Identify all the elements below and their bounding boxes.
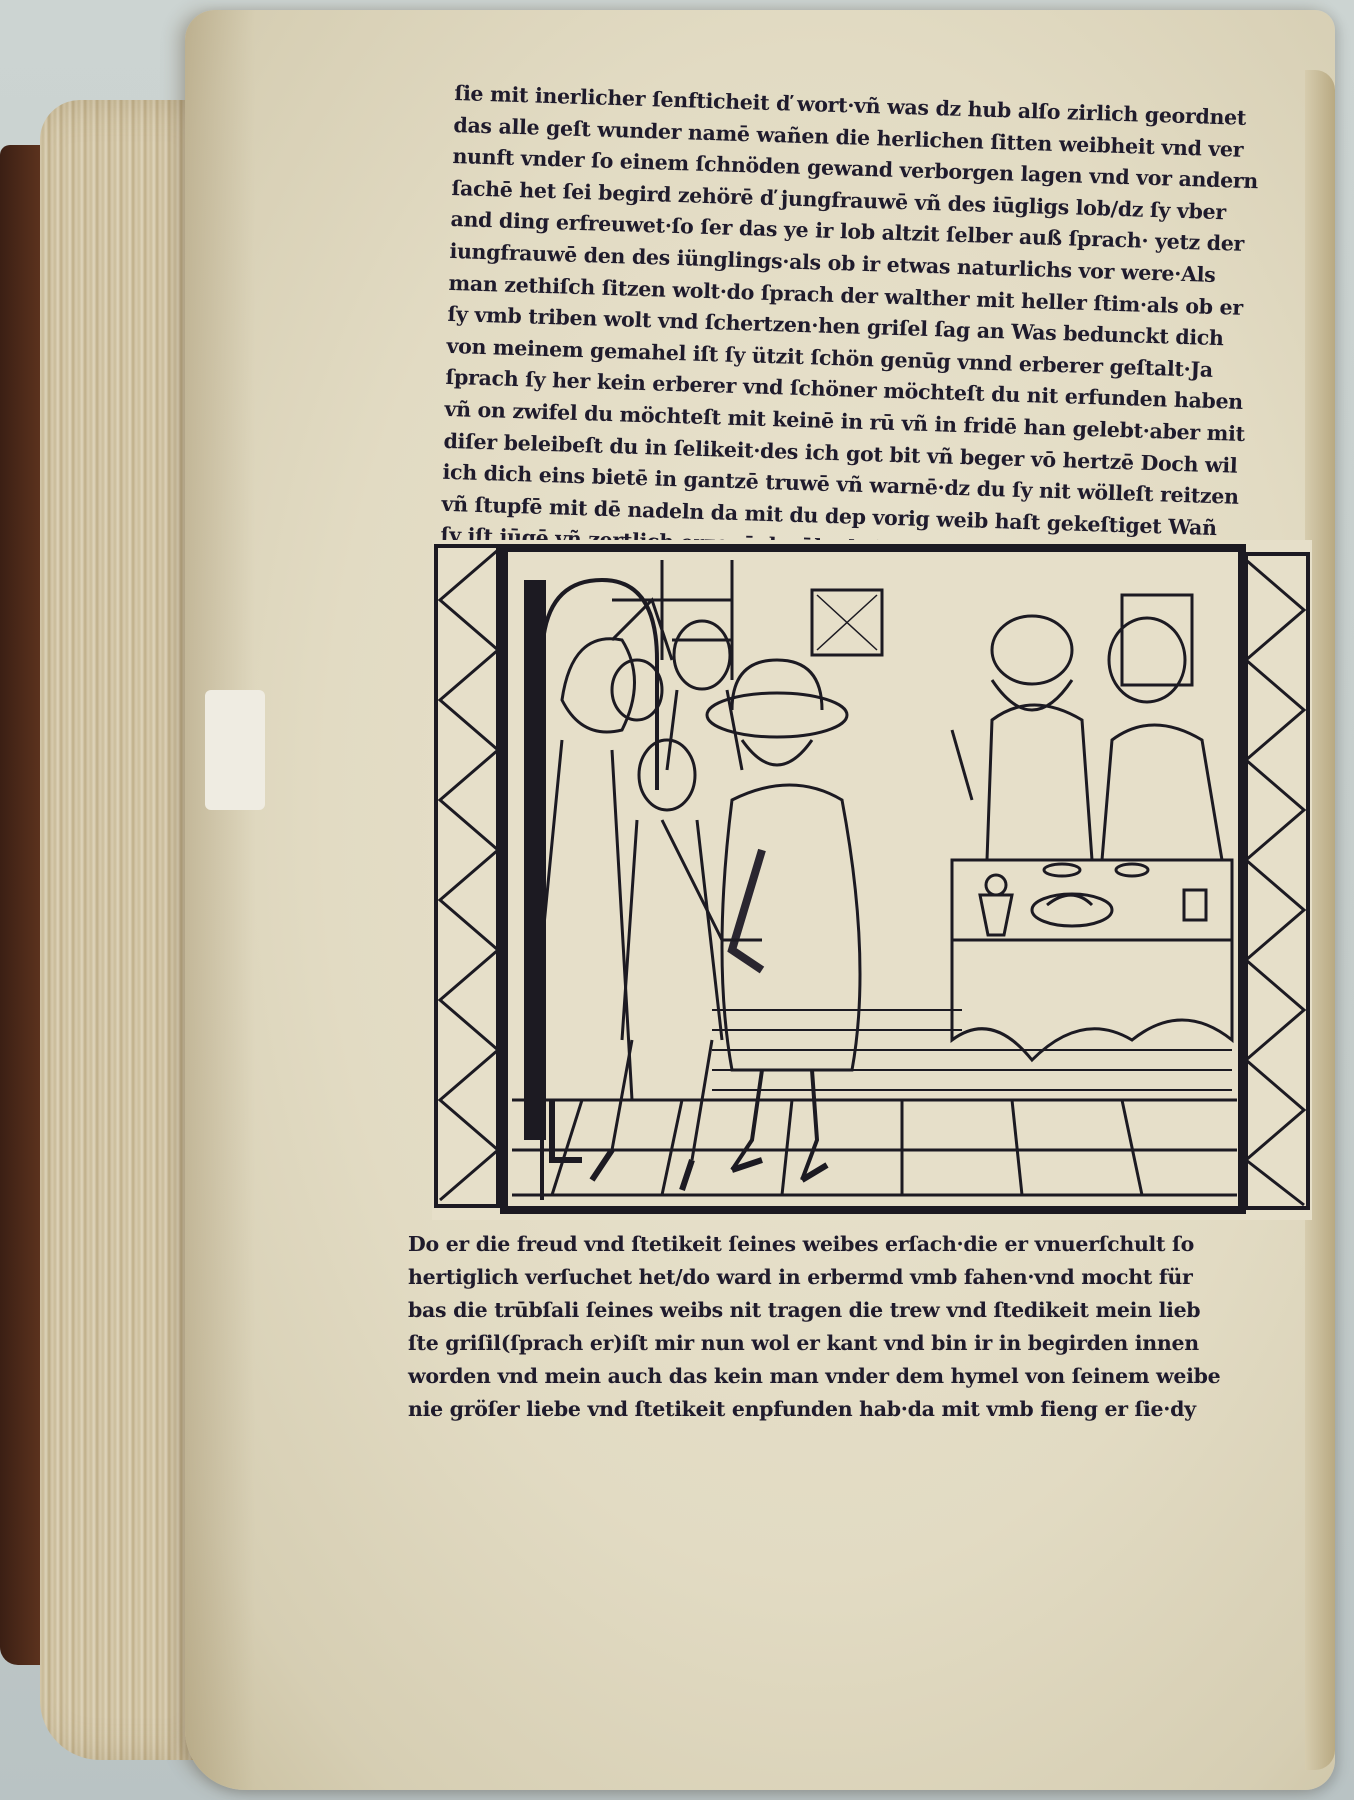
bottom-text-block: Do er die freud vnd ſtetikeit ſeines wei… — [408, 1228, 1313, 1426]
text-line: ſte griſil(ſprach er)iſt mir nun wol er … — [408, 1327, 1313, 1360]
woodcut-drawing — [432, 540, 1312, 1220]
repair-paper-strip — [205, 690, 265, 810]
text-line: nie gröſer liebe vnd ſtetikeit enpfunden… — [408, 1393, 1313, 1426]
text-line: worden vnd mein auch das kein man vnder … — [408, 1360, 1313, 1393]
text-line: bas die trūbſali ſeines weibs nit tragen… — [408, 1294, 1313, 1327]
top-text-block: ſie mit inerlicher ſenfticheit ď wort·vñ… — [440, 78, 1314, 579]
text-line: Do er die freud vnd ſtetikeit ſeines wei… — [408, 1228, 1313, 1261]
gutter-shadow — [185, 10, 255, 1790]
woodcut-illustration — [432, 540, 1312, 1220]
text-line: hertiglich verſuchet het/do ward in erbe… — [408, 1261, 1313, 1294]
